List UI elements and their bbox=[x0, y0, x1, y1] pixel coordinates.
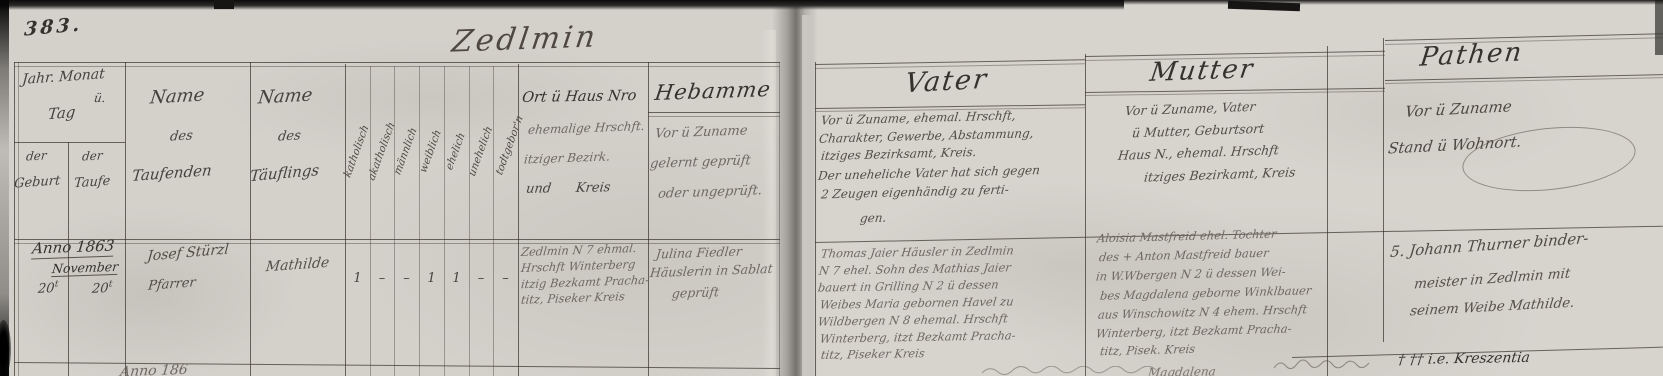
entry-father-line: Thomas Jaier Häusler in Zedlmin bbox=[820, 244, 1014, 259]
page-curl-right bbox=[802, 15, 813, 376]
grid-line bbox=[14, 142, 125, 143]
scan-edge-top bbox=[0, 0, 1124, 10]
entry-father-line: titz, Piseker Kreis bbox=[820, 347, 925, 361]
register-scan: 383. Zedlmin Jahr. Monat ü. Tag der Gebu… bbox=[0, 0, 1663, 376]
tally-mark: 1 bbox=[419, 272, 444, 286]
place-title: Zedlmin bbox=[450, 21, 600, 58]
entry-baptizer-role: Pfarrer bbox=[147, 276, 196, 293]
baptism-day-suffix: t bbox=[108, 279, 113, 289]
subheader-birth: Geburt bbox=[14, 174, 61, 191]
illegible-scribble bbox=[980, 366, 1180, 376]
col-header-midwife: Vor ü Zuname bbox=[654, 124, 748, 141]
grid-line bbox=[14, 62, 780, 63]
grid-line bbox=[14, 62, 15, 376]
tally-mark: – bbox=[394, 272, 419, 286]
grid-line bbox=[1383, 38, 1384, 342]
illegible-scribble bbox=[1272, 356, 1392, 374]
col-header-date-line2: ü. bbox=[93, 92, 106, 105]
col-header-place: Ort ü Haus Nro bbox=[521, 89, 637, 106]
tally-mark: 1 bbox=[345, 272, 370, 286]
tally-mark: 1 bbox=[444, 272, 469, 286]
grid-line bbox=[779, 62, 780, 376]
col-header-father-desc: gen. bbox=[859, 212, 887, 225]
grid-line bbox=[648, 116, 780, 117]
entry-midwife-line: Julina Fiedler bbox=[655, 244, 742, 260]
grid-line bbox=[18, 62, 19, 376]
grid-line bbox=[648, 112, 780, 113]
entry-baptism-day: 20t bbox=[81, 280, 122, 297]
subheader-birth: der bbox=[25, 149, 47, 163]
entry-birth-day: 20t bbox=[27, 280, 68, 297]
grid-line bbox=[815, 62, 816, 376]
col-header-child: des bbox=[277, 129, 301, 144]
entry-midwife-line: geprüft bbox=[671, 285, 719, 300]
tally-mark: – bbox=[469, 272, 493, 286]
subheader-baptism: Taufe bbox=[74, 175, 111, 191]
col-header-father-title: Vater bbox=[903, 66, 989, 99]
grid-line bbox=[14, 66, 780, 67]
baptism-day-number: 20 bbox=[91, 281, 109, 297]
subheader-baptism: der bbox=[81, 149, 103, 163]
col-header-godparents-title: Pathen bbox=[1418, 39, 1524, 72]
col-header-child: Name bbox=[257, 87, 313, 109]
grid-line bbox=[1327, 46, 1328, 376]
birth-day-number: 20 bbox=[37, 281, 55, 297]
entry-mother-line: titz, Pisek. Kreis bbox=[1099, 343, 1196, 358]
entry-father-line: bauert in Grilling N 2 ü dessen bbox=[817, 278, 999, 293]
col-header-midwife-title: Hebamme bbox=[653, 78, 772, 104]
grid-line bbox=[648, 62, 649, 376]
entry-father-line: Winterberg, itzt Bezkamt Pracha- bbox=[819, 329, 1016, 345]
entry-place-line: titz, Piseker Kreis bbox=[520, 290, 625, 306]
grid-line bbox=[68, 142, 69, 376]
entry-father-line: Wildbergen N 8 ehemal. Hrschft bbox=[817, 312, 1008, 327]
entry-father-line: N 7 ehel. Sohn des Mathias Jaier bbox=[818, 261, 1011, 276]
col-header-mother-title: Mutter bbox=[1148, 56, 1256, 87]
scan-nick bbox=[214, 0, 234, 9]
col-header-place: itziger Bezirk. bbox=[523, 150, 610, 166]
grid-line bbox=[250, 62, 251, 376]
entry-fragment-dagger-note: † †† i.e. Kreszentia bbox=[1397, 351, 1531, 368]
grid-line bbox=[14, 243, 780, 244]
col-header-place: und Kreis bbox=[525, 181, 611, 196]
col-header-date-line3: Tag bbox=[47, 105, 76, 123]
grid-line bbox=[14, 239, 780, 240]
grid-line bbox=[1085, 54, 1086, 376]
birth-day-suffix: t bbox=[54, 279, 59, 289]
grid-line bbox=[345, 64, 346, 376]
col-header-baptizer: Name bbox=[149, 87, 205, 109]
tally-mark: – bbox=[493, 272, 518, 286]
col-header-baptizer: des bbox=[169, 129, 193, 144]
grid-line bbox=[125, 62, 126, 376]
entry-father-line: Weibes Maria gebornen Havel zu bbox=[819, 295, 1014, 310]
scan-edge-right bbox=[1655, 0, 1663, 55]
entry-month: November bbox=[51, 260, 119, 277]
entry-year: Anno 1863 bbox=[31, 239, 115, 260]
scan-edge-top-right bbox=[1124, 0, 1663, 5]
entry-fragment-next-year: Anno 186 bbox=[119, 363, 188, 376]
tally-mark: – bbox=[370, 272, 394, 286]
